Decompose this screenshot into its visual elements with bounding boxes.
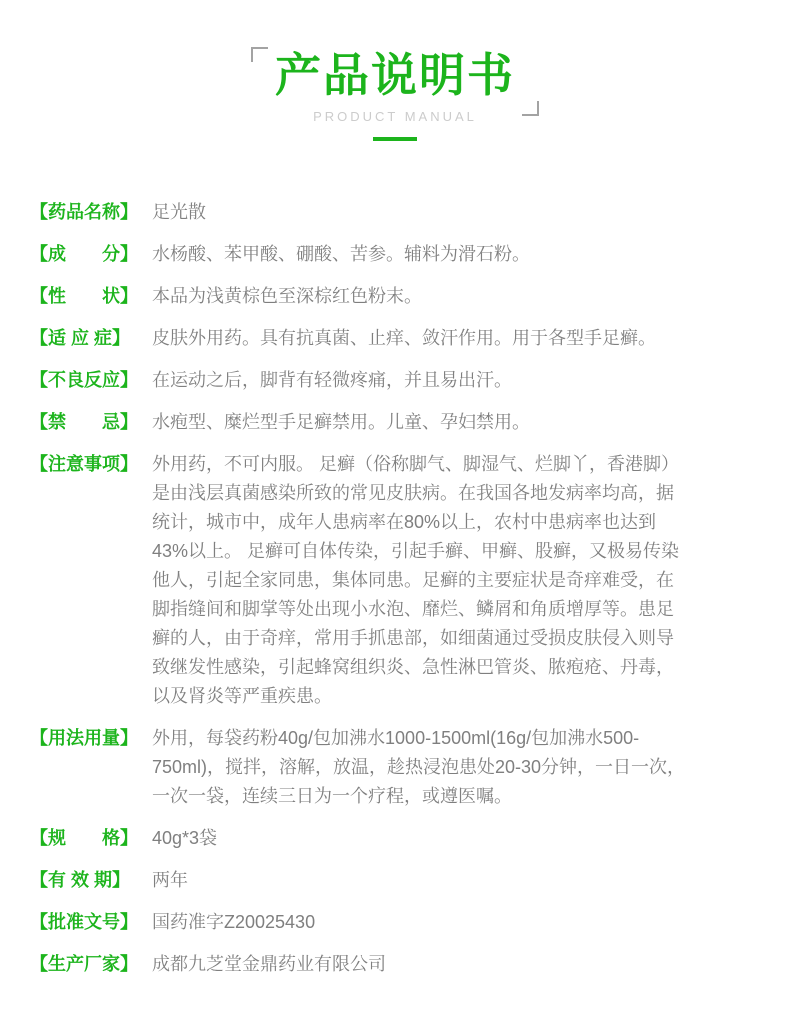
spec-label: 【批准文号】 <box>30 908 152 937</box>
spec-label: 【性 状】 <box>30 282 152 311</box>
spec-row-adverse-reactions: 【不良反应】 在运动之后，脚背有轻微疼痛，并且易出汗。 <box>30 366 764 395</box>
spec-row-drug-name: 【药品名称】 足光散 <box>30 198 764 227</box>
spec-value: 成都九芝堂金鼎药业有限公司 <box>152 950 764 979</box>
spec-value: 本品为浅黄棕色至深棕红色粉末。 <box>152 282 764 311</box>
spec-value: 外用药，不可内服。 足癣（俗称脚气、脚湿气、烂脚丫，香港脚） 是由浅层真菌感染所… <box>152 450 764 711</box>
spec-label: 【禁 忌】 <box>30 408 152 437</box>
spec-value: 在运动之后，脚背有轻微疼痛，并且易出汗。 <box>152 366 764 395</box>
spec-label: 【有 效 期】 <box>30 866 152 895</box>
spec-value: 足光散 <box>152 198 764 227</box>
spec-label: 【适 应 症】 <box>30 324 152 353</box>
spec-value: 水疱型、糜烂型手足癣禁用。儿童、孕妇禁用。 <box>152 408 764 437</box>
spec-label: 【注意事项】 <box>30 450 152 479</box>
page-title: 产品说明书 <box>0 48 790 102</box>
spec-label: 【生产厂家】 <box>30 950 152 979</box>
spec-row-approval-number: 【批准文号】 国药准字Z20025430 <box>30 908 764 937</box>
spec-list: 【药品名称】 足光散 【成 分】 水杨酸、苯甲酸、硼酸、苦参。辅料为滑石粉。 【… <box>30 198 764 992</box>
title-underline <box>373 137 417 141</box>
page-subtitle: PRODUCT MANUAL <box>0 109 790 124</box>
spec-label: 【药品名称】 <box>30 198 152 227</box>
spec-value: 皮肤外用药。具有抗真菌、止痒、敛汗作用。用于各型手足癣。 <box>152 324 764 353</box>
spec-label: 【用法用量】 <box>30 724 152 753</box>
spec-value: 40g*3袋 <box>152 824 764 853</box>
spec-row-dosage: 【用法用量】 外用，每袋药粉40g/包加沸水1000-1500ml(16g/包加… <box>30 724 764 811</box>
spec-row-contraindications: 【禁 忌】 水疱型、糜烂型手足癣禁用。儿童、孕妇禁用。 <box>30 408 764 437</box>
spec-value: 水杨酸、苯甲酸、硼酸、苦参。辅料为滑石粉。 <box>152 240 764 269</box>
spec-row-manufacturer: 【生产厂家】 成都九芝堂金鼎药业有限公司 <box>30 950 764 979</box>
spec-value: 国药准字Z20025430 <box>152 908 764 937</box>
spec-value: 外用，每袋药粉40g/包加沸水1000-1500ml(16g/包加沸水500- … <box>152 724 764 811</box>
spec-label: 【规 格】 <box>30 824 152 853</box>
header: 产品说明书 PRODUCT MANUAL <box>0 0 790 198</box>
spec-label: 【不良反应】 <box>30 366 152 395</box>
spec-row-specification: 【规 格】 40g*3袋 <box>30 824 764 853</box>
spec-value: 两年 <box>152 866 764 895</box>
spec-row-ingredients: 【成 分】 水杨酸、苯甲酸、硼酸、苦参。辅料为滑石粉。 <box>30 240 764 269</box>
product-manual-page: 产品说明书 PRODUCT MANUAL 【药品名称】 足光散 【成 分】 水杨… <box>0 0 790 1016</box>
spec-row-appearance: 【性 状】 本品为浅黄棕色至深棕红色粉末。 <box>30 282 764 311</box>
spec-label: 【成 分】 <box>30 240 152 269</box>
spec-row-shelf-life: 【有 效 期】 两年 <box>30 866 764 895</box>
spec-row-indications: 【适 应 症】 皮肤外用药。具有抗真菌、止痒、敛汗作用。用于各型手足癣。 <box>30 324 764 353</box>
spec-row-precautions: 【注意事项】 外用药，不可内服。 足癣（俗称脚气、脚湿气、烂脚丫，香港脚） 是由… <box>30 450 764 711</box>
